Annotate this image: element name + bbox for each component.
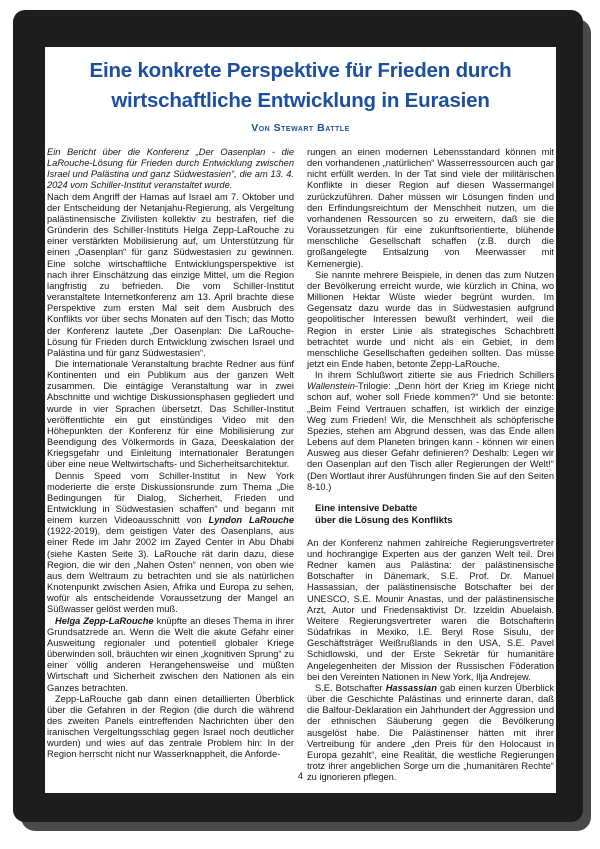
article-paragraph: rungen an einen modernen Lebensstandard … xyxy=(307,147,554,270)
tablet-frame: Eine konkrete Perspektive für Frieden du… xyxy=(13,10,583,822)
article-paragraph: Dennis Speed vom Schiller-Institut in Ne… xyxy=(47,471,294,616)
left-column: Ein Bericht über die Konferenz „Der Oase… xyxy=(47,147,294,783)
article-paragraph: Sie nannte mehrere Beispiele, in denen d… xyxy=(307,270,554,370)
section-heading-line-2: über die Lösung des Konflikts xyxy=(315,515,554,528)
article-title-line-1: Eine konkrete Perspektive für Frieden du… xyxy=(45,56,556,86)
section-heading-line-1: Eine intensive Debatte xyxy=(315,503,554,516)
article-paragraph: S.E. Botschafter Hassassian gab einen ku… xyxy=(307,683,554,783)
article-body: Ein Bericht über die Konferenz „Der Oase… xyxy=(47,147,554,783)
article-abstract: Ein Bericht über die Konferenz „Der Oase… xyxy=(47,147,294,192)
article-paragraph: Zepp-LaRouche gab dann einen detailliert… xyxy=(47,694,294,761)
article-byline: Von Stewart Battle xyxy=(45,122,556,134)
article-title: Eine konkrete Perspektive für Frieden du… xyxy=(45,56,556,116)
article-paragraph: Nach dem Angriff der Hamas auf Israel am… xyxy=(47,192,294,359)
article-paragraph: Die internationale Veranstaltung brachte… xyxy=(47,359,294,471)
document-page: Eine konkrete Perspektive für Frieden du… xyxy=(45,47,556,793)
right-column: rungen an einen modernen Lebensstandard … xyxy=(307,147,554,783)
article-paragraph: In ihrem Schlußwort zitierte sie aus Fri… xyxy=(307,370,554,493)
article-title-line-2: wirtschaftliche Entwicklung in Eurasien xyxy=(45,86,556,116)
article-paragraph: An der Konferenz nahmen zahlreiche Regie… xyxy=(307,538,554,683)
screenshot-stage: Eine konkrete Perspektive für Frieden du… xyxy=(0,0,600,849)
article-paragraph: Helga Zepp-LaRouche knüpfte an dieses Th… xyxy=(47,616,294,694)
section-heading: Eine intensive Debatte über die Lösung d… xyxy=(315,503,554,528)
page-number: 4 xyxy=(45,771,556,782)
